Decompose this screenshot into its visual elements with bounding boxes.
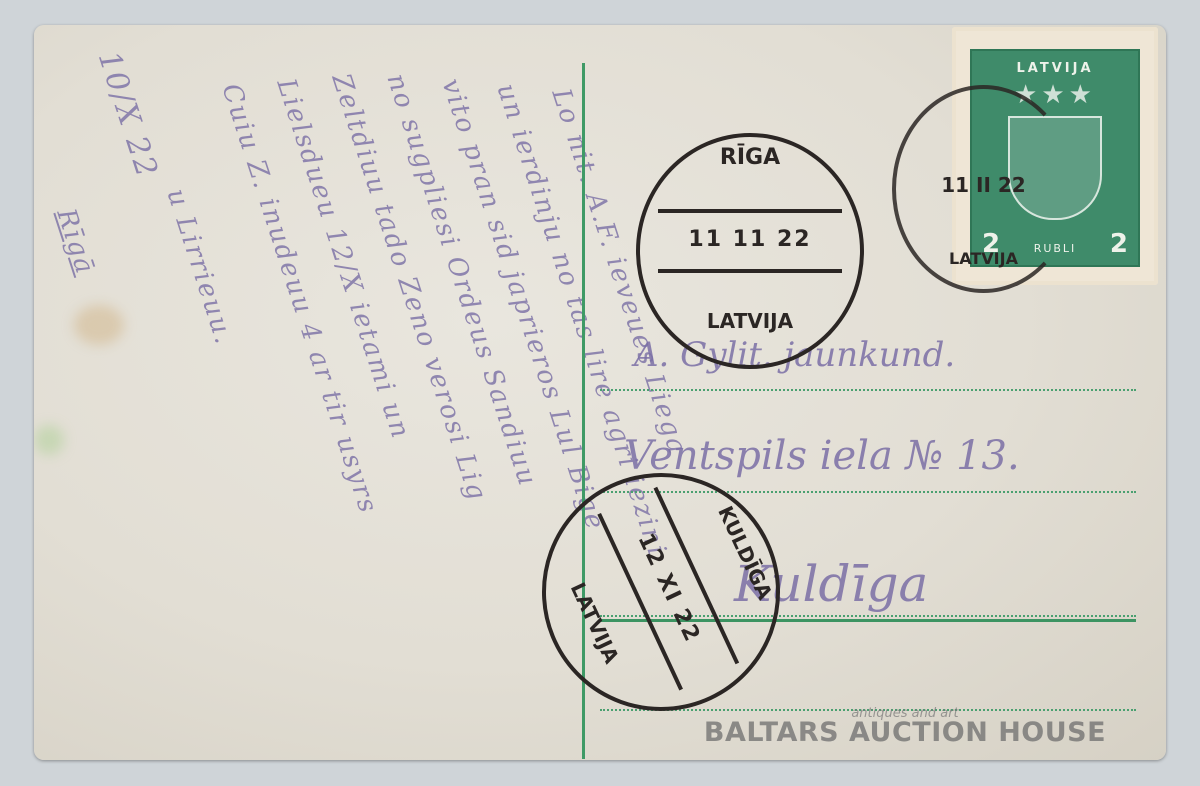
stamp-country: LATVIJA	[972, 61, 1138, 76]
watermark: antiques and art BALTARS AUCTION HOUSE	[690, 706, 1120, 748]
postmark-town: RĪGA	[640, 145, 860, 170]
watermark-title: BALTARS AUCTION HOUSE	[690, 717, 1120, 748]
message-line: u Lirrieuu.	[160, 185, 239, 349]
postmark-bar	[658, 209, 842, 213]
postmark-kuldiga: KULDĪGA 12 XI 22 LATVIJA	[503, 434, 819, 750]
stain	[34, 425, 64, 455]
postmark-riga: RĪGA 11 11 22 LATVIJA	[636, 133, 864, 369]
postmark-date: 11 11 22	[640, 227, 860, 252]
postcard: Lo nit. A.F. ieveues Liega un ierdinju n…	[34, 25, 1166, 760]
margin-date: 10/X 22	[91, 47, 165, 183]
postmark-date: 11 II 22	[896, 173, 1071, 197]
postmark-stamp-cancel: 11 II 22 LATVIJA	[892, 85, 1075, 293]
stain	[74, 305, 124, 345]
address-line-rule	[600, 389, 1136, 391]
margin-place: Rīgā	[50, 205, 100, 279]
address-street: Ventspils iela № 13.	[624, 433, 1020, 479]
postmark-country: LATVIJA	[640, 309, 860, 333]
postmark-country: LATVIJA	[896, 249, 1071, 268]
postmark-bar	[658, 269, 842, 273]
